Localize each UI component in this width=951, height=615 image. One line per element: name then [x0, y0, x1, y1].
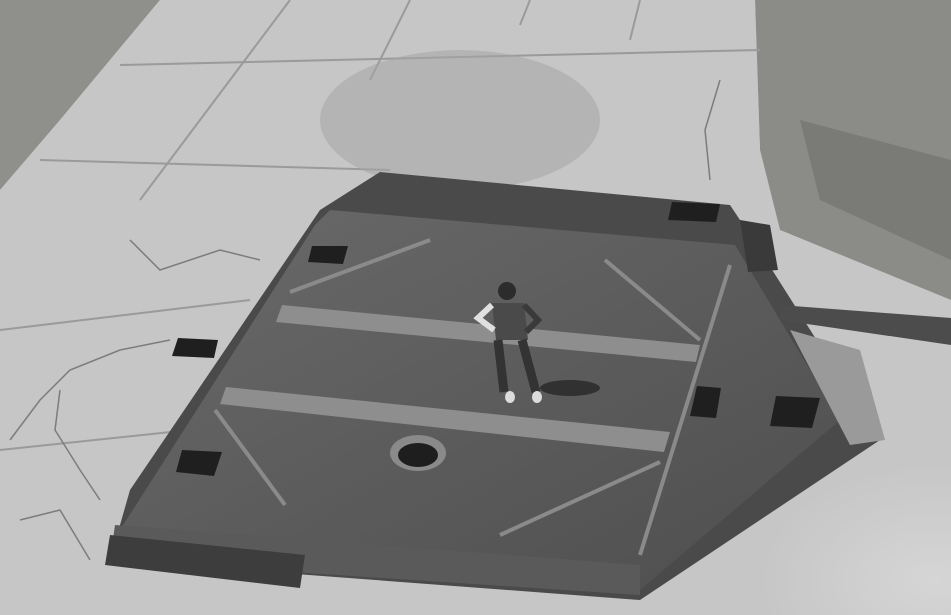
- photograph: [0, 0, 951, 615]
- scene-svg: [0, 0, 951, 615]
